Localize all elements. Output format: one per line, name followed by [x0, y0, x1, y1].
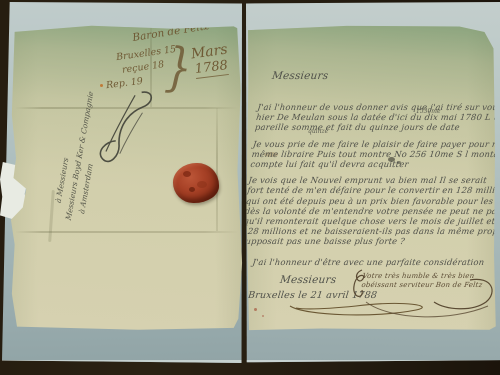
- seal-mottle: [197, 181, 207, 188]
- interline-insertion: quinze: [308, 128, 328, 135]
- valediction: Messieurs: [279, 274, 337, 286]
- handwriting-line: compte lui fait qu'il devra acquitter: [250, 159, 497, 169]
- fold-crease: [216, 108, 218, 231]
- paragraph: Je vois que le Nouvel emprunt va bien ma…: [240, 175, 495, 246]
- handwriting-line: qu'il remonterait quelque chose vers le …: [243, 216, 490, 226]
- paragraph: J'ai l'honneur de vous donner avis que j…: [254, 102, 500, 133]
- handwriting-line: Je vois que le Nouvel emprunt va bien ma…: [248, 175, 495, 185]
- handwriting-line: 128 millions et ne baisseraient-ils pas …: [242, 226, 489, 236]
- ink-flourish-paraph: [90, 80, 159, 174]
- mount-board-edge: [246, 360, 500, 363]
- interline-insertion: 1530me: [416, 108, 441, 115]
- letter-address-page: Baron de Feltz Bruxelles 15 reçue 18 Rep…: [10, 22, 243, 331]
- salutation: Messieurs: [271, 70, 329, 82]
- photo-of-1788-letter: { "photo": { "table_color": "#241c10", "…: [0, 0, 500, 375]
- seal-mottle: [189, 187, 195, 192]
- handwriting-line: supposait pas une baisse plus forte ?: [240, 236, 487, 246]
- red-speck: [254, 308, 257, 311]
- handwriting-line: hier De Meulan sous la datée d'ici du di…: [256, 112, 500, 122]
- handwriting-line: même libraire Puis tout montre No 256 10…: [251, 149, 498, 159]
- handwriting-line: J'ai l'honneur de vous donner avis que j…: [257, 102, 500, 112]
- ink-flourish-signature: [350, 262, 500, 328]
- letter-body: J'ai l'honneur de vous donner avis que j…: [238, 102, 500, 267]
- handwriting-line: fort tenté de m'en défaire pour le conve…: [247, 185, 494, 195]
- red-speck: [262, 315, 264, 317]
- annotation-year: 1788: [194, 58, 229, 79]
- handwriting-line: qui ont été depuis peu à un prix bien fa…: [245, 196, 492, 206]
- seal-mottle: [183, 171, 191, 177]
- paragraph: Je vous prie de me faire le plaisir de f…: [250, 139, 500, 170]
- mount-board-edge: [2, 360, 242, 363]
- red-wax-seal: [173, 163, 219, 203]
- handwriting-line: pareille somme et fait du quinze jours d…: [254, 122, 500, 132]
- letter-text-page: Messieurs J'ai l'honneur de vous donner …: [246, 24, 497, 331]
- handwriting-line: Je vous prie de me faire le plaisir de f…: [252, 139, 499, 149]
- handwriting-line: dès la volonté de m'entendre votre pensé…: [244, 206, 491, 216]
